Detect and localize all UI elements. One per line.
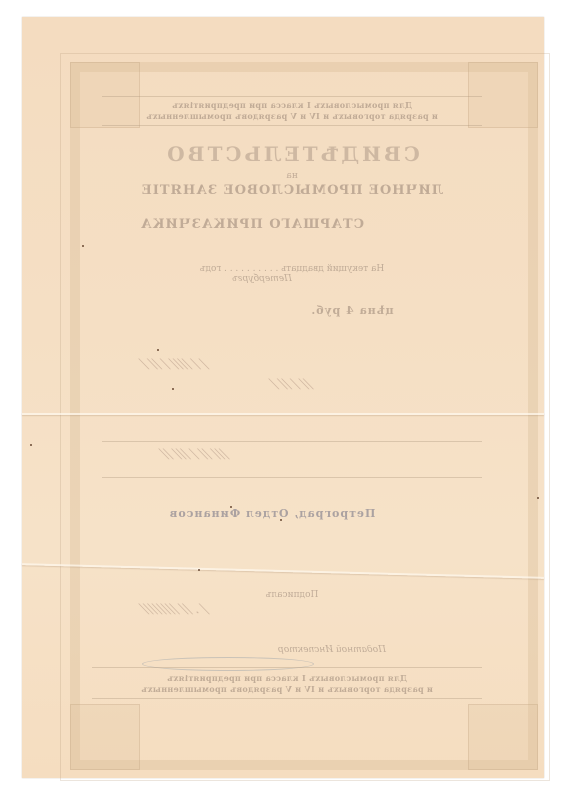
stamp-line: Петроград, Отдел Финансов — [142, 507, 402, 520]
horizontal-fold — [22, 413, 544, 415]
header-rule-top — [102, 96, 482, 97]
speck — [172, 388, 174, 390]
title-na: на — [102, 171, 482, 181]
speck — [230, 506, 232, 508]
speck — [157, 349, 159, 351]
handwriting-4: / . // //////// — [139, 602, 211, 617]
body-rule-2 — [102, 477, 482, 478]
handwritten-place: Петербургъ — [192, 274, 332, 284]
speck — [198, 569, 200, 571]
document-paper: Для промысловыхъ I класса при предприяті… — [22, 17, 544, 778]
handwriting-2: // / // / — [269, 377, 315, 392]
year-line: На текущий двадцать . . . . . . . . . . … — [102, 264, 482, 274]
footer-rule-bottom — [92, 698, 482, 699]
footer-line-1: Для промысловыхъ I класса при предприяті… — [92, 673, 482, 684]
header-rule-bottom — [102, 125, 482, 126]
footer-line-2: и разряда торговыхъ и IV и V разрядовъ п… — [92, 684, 482, 695]
speck — [82, 245, 84, 247]
document-subtitle-2: СТАРШАГО ПРИКАЗЧИКА — [102, 217, 402, 232]
document-subtitle: ЛИЧНОЕ ПРОМЫСЛОВОЕ ЗАНЯТІЕ — [102, 183, 482, 198]
corner-ornament-bottom-right — [468, 704, 538, 770]
header-line-2: и разряда торговыхъ и IV и V разрядовъ п… — [102, 111, 482, 122]
signature-flourish — [142, 657, 314, 671]
corner-ornament-bottom-left — [70, 704, 140, 770]
speck — [537, 497, 539, 499]
speck — [280, 519, 282, 521]
handwriting-1: / / //// / // / — [139, 357, 210, 372]
speck — [30, 444, 32, 446]
signature-label: Податной Инспектор — [272, 645, 392, 655]
header-line-1: Для промысловыхъ I класса при предприяті… — [102, 100, 482, 111]
handwriting-3: /// // / /// // — [159, 447, 231, 462]
price-label: цѣна 4 руб. — [262, 304, 442, 317]
date-fragment: Подписалъ — [222, 590, 362, 600]
document-title: СВИДѢТЕЛЬСТВО — [102, 142, 482, 166]
body-rule-1 — [102, 441, 482, 442]
footer-rule-top — [92, 667, 482, 668]
